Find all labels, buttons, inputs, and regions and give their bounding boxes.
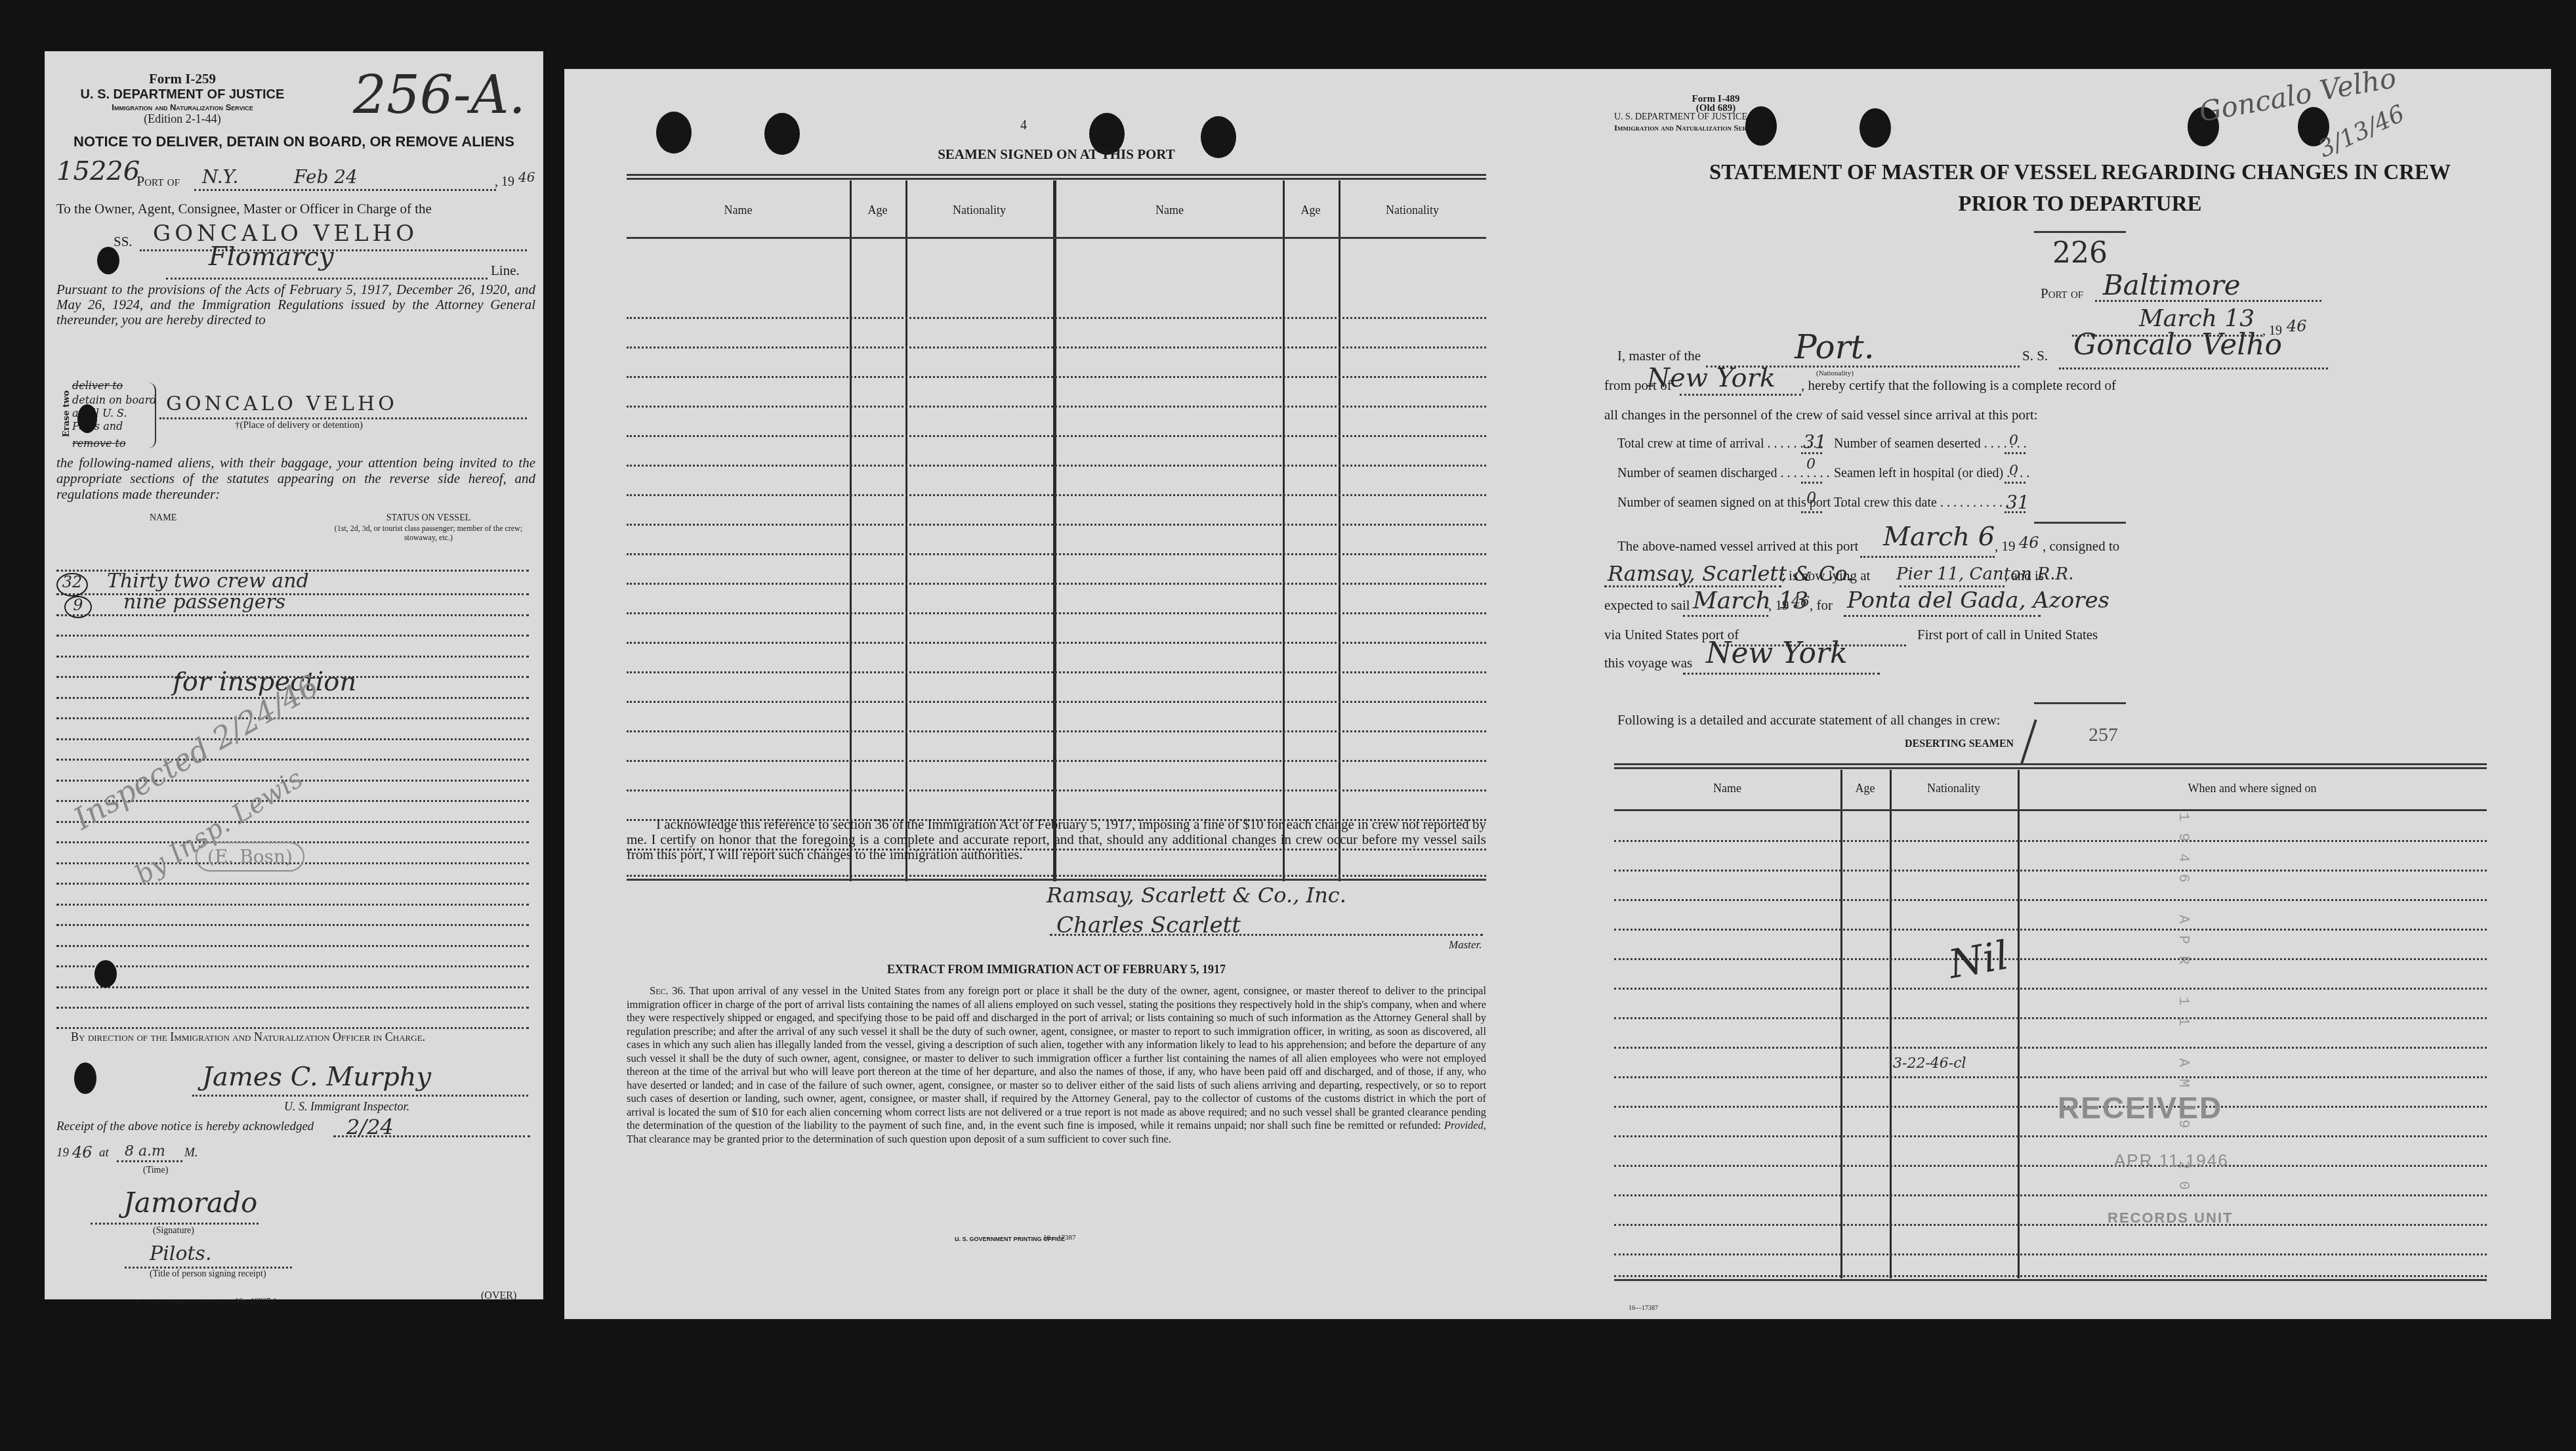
certify-text: , hereby certify that the following is a… [1801, 377, 2116, 394]
signature-line [192, 1095, 528, 1097]
printer-label: U. S. GOVERNMENT PRINTING OFFICE [136, 1298, 247, 1305]
entry-count: 9 [64, 596, 92, 614]
expected-year-prefix: , 19 [1768, 597, 1789, 614]
brace [148, 383, 156, 448]
file-number-handwritten: 256-A. [353, 64, 526, 125]
stat-label: Number of seamen discharged . . . . . . … [1617, 466, 1829, 481]
stat-value-hospital: 0 [2009, 463, 2018, 479]
lying-label: ; is now lying at [1781, 568, 1870, 584]
page-number: 4 [1020, 118, 1027, 133]
punch-hole [74, 1062, 96, 1094]
receipt-title-value: Pilots. [150, 1242, 211, 1265]
deserting-seamen-table: Name Age Nationality When and where sign… [1614, 763, 2487, 1314]
col-header-age: Age [1840, 782, 1890, 795]
master-signature-line [1050, 934, 1483, 936]
port-label: Port of [2041, 285, 2083, 302]
punch-hole [97, 247, 119, 274]
service: Immigration and Naturalization Service [1614, 123, 1765, 133]
ruled-line [56, 1027, 529, 1029]
form-number: Form I-259 [58, 71, 307, 87]
erase-options: Erase two deliver to detain on board at … [51, 379, 150, 452]
crew-statement-sheet: 4 SEAMEN SIGNED ON AT THIS PORT Name Age… [564, 69, 2551, 1319]
port-label: Port of [136, 173, 180, 190]
col-header-name: Name [1614, 782, 1840, 795]
inspector-signature: James C. Murphy [202, 1062, 431, 1092]
col-header-age-2: Age [1283, 203, 1339, 217]
line-value: Flomarcy [209, 242, 334, 272]
divider [2034, 522, 2126, 524]
m-label: M. [184, 1146, 198, 1160]
arrived-line [1860, 556, 1995, 558]
extract-section: Sec. 36. [650, 984, 686, 997]
receipt-text: Receipt of the above notice is hereby ac… [56, 1120, 314, 1134]
port-line [194, 189, 496, 191]
col-name-header: NAME [150, 513, 177, 524]
col-header-when-where: When and where signed on [2018, 782, 2487, 795]
consigned-label: , consigned to [2043, 538, 2119, 555]
nationality-caption: (Nationality) [1816, 369, 1854, 377]
time-line [117, 1160, 182, 1162]
col-header-name: Name [627, 203, 850, 217]
option-deliver: deliver to [72, 379, 123, 392]
erase-two-label: Erase two [62, 390, 72, 437]
arrived-year: 46 [2019, 534, 2039, 552]
service: Immigration and Naturalization Service [58, 102, 307, 112]
to-owner-text: To the Owner, Agent, Consignee, Master o… [56, 201, 535, 217]
extract-text: Sec. 36. That upon arrival of any vessel… [627, 984, 1486, 1146]
col-header-nationality: Nationality [905, 203, 1053, 217]
edition: (Edition 2-1-44) [58, 112, 307, 126]
department: U. S. DEPARTMENT OF JUSTICE [58, 87, 307, 102]
statement-title-line1: STATEMENT OF MASTER OF VESSEL REGARDING … [1627, 161, 2533, 185]
pencil-bosn-note: (E. Bosn) [196, 842, 304, 872]
ss-label: SS. [114, 234, 133, 250]
stat-value-deserted: 0 [2009, 432, 2018, 449]
title-caption: (Title of person signing receipt) [150, 1269, 266, 1280]
stat-label: Total crew this date . . . . . . . . . .… [1834, 495, 2016, 511]
receipt-year: 46 [72, 1143, 93, 1162]
from-port-line [1680, 394, 1801, 396]
arrived-label: The above-named vessel arrived at this p… [1617, 538, 1858, 555]
punch-hole [1859, 108, 1891, 148]
col-header-name-2: Name [1056, 203, 1283, 217]
notice-title: NOTICE TO DELIVER, DETAIN ON BOARD, OR R… [45, 133, 543, 150]
receipt-year-prefix: 19 [56, 1146, 69, 1160]
stat-label: Seamen left in hospital (or died) . . . … [1834, 466, 2029, 481]
line-label: Line. [491, 263, 520, 279]
department: U. S. DEPARTMENT OF JUSTICE [1614, 112, 1765, 123]
following-text: the following-named aliens, with their b… [56, 455, 535, 502]
ss-value: Goncalo Velho [2073, 328, 2282, 362]
destination-line [1844, 615, 2041, 617]
place-line [159, 417, 527, 419]
option-remove: remove to [72, 437, 126, 450]
expected-line [1683, 615, 1768, 617]
handwritten-top-date: 3/13/46 [2315, 100, 2409, 163]
master-label: Master. [1449, 938, 1482, 952]
title-line [125, 1267, 292, 1269]
received-date-stamp: APR 11 1946 [2114, 1150, 2229, 1171]
inspector-title: U. S. Immigrant Inspector. [284, 1100, 409, 1114]
vertical-time-stamp: 1946 APR 11 AM 9 20 [2175, 812, 2192, 1202]
divider [2034, 231, 2126, 233]
voyage-label: this voyage was [1604, 655, 1692, 671]
right-form-header: Form I-489 (Old 689) U. S. DEPARTMENT OF… [1614, 94, 1765, 133]
and-is-label: , and is [2005, 568, 2044, 584]
expected-label: expected to sail [1604, 597, 1690, 614]
col-header-age: Age [850, 203, 905, 217]
acknowledge-text: I acknowledge this reference to section … [627, 817, 1486, 862]
direction-text: By direction of the Immigration and Natu… [71, 1030, 530, 1043]
col-header-nationality: Nationality [1890, 782, 2018, 795]
year-value: 46 [518, 169, 535, 185]
entry-count: 32 [56, 573, 88, 591]
punch-hole [94, 960, 117, 988]
time-value: 8 a.m [125, 1143, 165, 1160]
stat-value-total-date: 31 [2006, 492, 2029, 513]
extract-provided: Provided, [1444, 1119, 1486, 1131]
entry-text: nine passengers [123, 591, 285, 614]
printer-code: 16—17387 [1043, 1234, 1076, 1242]
check-mark [2020, 719, 2037, 764]
port-value: Baltimore [2103, 269, 2241, 301]
destination-value: Ponta del Gada, Azores [1847, 587, 2109, 614]
time-caption: (Time) [143, 1166, 168, 1176]
signature-caption: (Signature) [153, 1226, 194, 1236]
arrived-value: March 6 [1883, 522, 1995, 552]
col-status-sub: (1st, 2d, 3d, or tourist class passenger… [327, 524, 530, 542]
over-label: (OVER) [481, 1290, 516, 1302]
receipt-date: 2/24 [346, 1114, 394, 1139]
col-header-nationality-2: Nationality [1339, 203, 1486, 217]
following-text: Following is a detailed and accurate sta… [1617, 712, 2001, 728]
nationality-value: Port. [1795, 328, 1875, 366]
stat-value-discharged: 0 [1806, 456, 1816, 473]
from-port-value: New York [1647, 363, 1776, 393]
signed-on-title: SEAMEN SIGNED ON AT THIS PORT [627, 146, 1486, 163]
printer-code: 16—17387 [1629, 1305, 1658, 1312]
ss-line [2059, 368, 2328, 369]
place-caption: †(Place of delivery or detention) [235, 420, 363, 431]
stat-label: Number of seamen deserted . . . . . . . [1834, 436, 2027, 452]
receipt-signature: Jamorado [123, 1187, 257, 1219]
entry-text: Thirty two crew and [107, 570, 309, 593]
stat-value-signed-on: 0 [1806, 489, 1816, 507]
date-value: Feb 24 [294, 166, 358, 188]
first-port-label: First port of call in United States [1917, 627, 2098, 643]
master-of-label: I, master of the [1617, 348, 1701, 364]
for-label: , for [1810, 597, 1833, 614]
voyage-line [1683, 673, 1880, 675]
signed-on-table: Name Age Nationality Name Age Nationalit… [627, 174, 1486, 879]
stat-label: Total crew at time of arrival . . . . . … [1617, 436, 1823, 452]
stamp-number: 257 [2088, 724, 2118, 746]
changes-text: all changes in the personnel of the crew… [1604, 407, 2038, 423]
nil-mark: Nil [1945, 933, 2012, 988]
place-value: GONCALO VELHO [166, 392, 398, 415]
ss-label: S. S. [2022, 348, 2048, 364]
printer-code: 16—18927-1 [235, 1296, 277, 1306]
pursuant-text: Pursuant to the provisions of the Acts o… [56, 282, 535, 327]
form-header: Form I-259 U. S. DEPARTMENT OF JUSTICE I… [58, 71, 307, 126]
extract-tail: That clearance may be granted prior to t… [627, 1133, 1171, 1145]
year-prefix: , 19 [495, 175, 514, 190]
col-status-header: STATUS ON VESSEL [327, 513, 530, 524]
at-label: at [99, 1146, 109, 1160]
statement-title-line2: PRIOR TO DEPARTURE [1627, 192, 2533, 217]
statement-number: 226 [2034, 236, 2126, 270]
agent-signature: Ramsay, Scarlett & Co., Inc. [1047, 883, 1346, 908]
lying-value: Pier 11, Canton R.R. [1896, 564, 2073, 584]
expected-year: 46 [1791, 594, 1810, 610]
received-stamp: RECEIVED [2058, 1090, 2222, 1125]
notice-card: Form I-259 U. S. DEPARTMENT OF JUSTICE I… [45, 51, 543, 1299]
initial-note: 3-22-46-cl [1893, 1055, 1966, 1072]
receipt-signature-line [91, 1223, 259, 1225]
port-value: N.Y. [202, 166, 238, 188]
serial-number: 15226 [56, 156, 140, 186]
punch-hole [77, 404, 97, 433]
year-value: 46 [2287, 317, 2307, 335]
deserting-seamen-title: DESERTING SEAMEN [1905, 738, 2014, 750]
line-line [166, 278, 488, 280]
records-unit-stamp: RECORDS UNIT [2108, 1209, 2233, 1227]
voyage-value: New York [1706, 637, 1848, 670]
extract-title: EXTRACT FROM IMMIGRATION ACT OF FEBRUARY… [627, 963, 1486, 977]
extract-body: That upon arrival of any vessel in the U… [627, 984, 1486, 1131]
arrived-year-prefix: , 19 [1995, 538, 2016, 555]
stat-value-total-arrival: 31 [1803, 431, 1827, 453]
divider [2034, 702, 2126, 704]
